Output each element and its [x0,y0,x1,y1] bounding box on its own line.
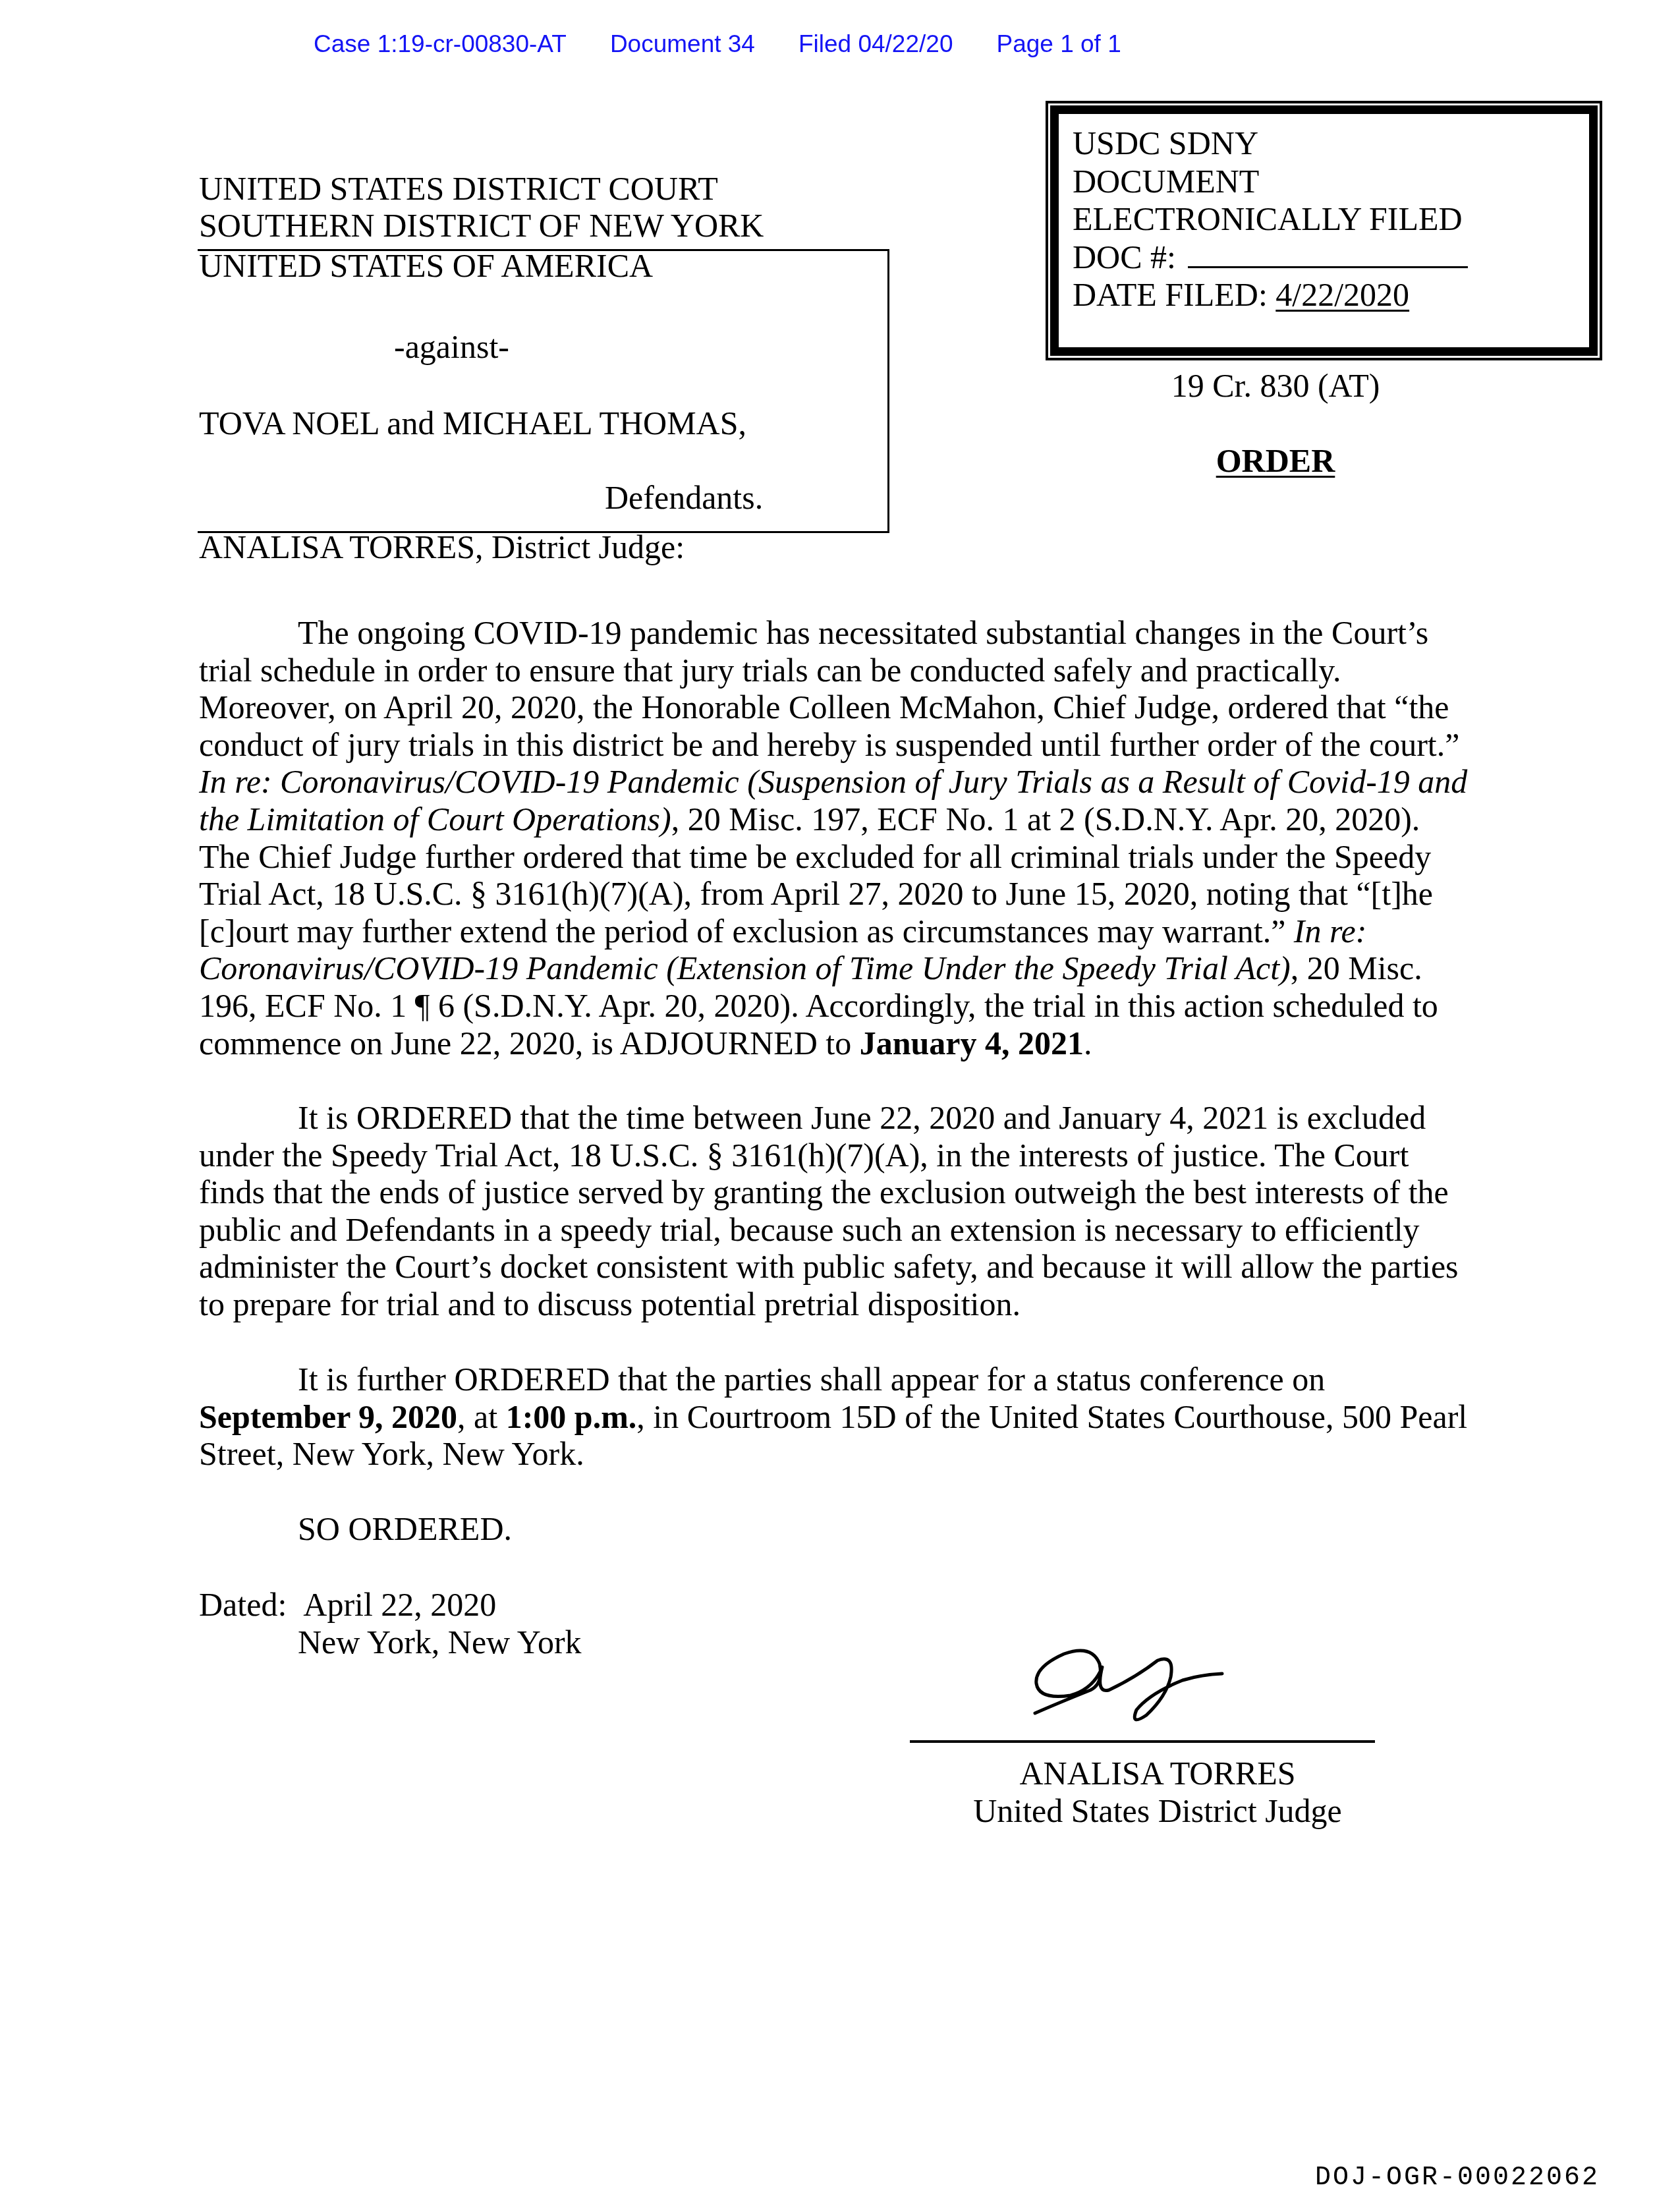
electronic-filing-stamp: USDC SDNY DOCUMENT ELECTRONICALLY FILED … [1046,101,1602,360]
signer-name: ANALISA TORRES [1019,1755,1295,1792]
so-ordered: SO ORDERED. [298,1510,512,1548]
text-line: Moreover, on April 20, 2020, the Honorab… [199,689,1477,726]
text-line: 196, ECF No. 1 ¶ 6 (S.D.N.Y. Apr. 20, 20… [199,987,1477,1025]
text-line: It is ORDERED that the time between June… [199,1099,1477,1137]
signature-line [910,1740,1375,1743]
defendants-label: Defendants. [605,479,763,517]
text-line: to prepare for trial and to discuss pote… [199,1286,1477,1323]
text-line: September 9, 2020, at 1:00 p.m., in Cour… [199,1398,1477,1436]
text-line: The Chief Judge further ordered that tim… [199,838,1477,876]
page-count-header: Page 1 of 1 [996,30,1121,58]
stamp-date-filed: DATE FILED: 4/22/2020 [1073,276,1468,314]
paragraph-adjournment: The ongoing COVID-19 pandemic has necess… [199,614,1477,1062]
text-line: Trial Act, 18 U.S.C. § 3161(h)(7)(A), fr… [199,875,1477,913]
paragraph-speedy-trial-exclusion: It is ORDERED that the time between June… [199,1099,1477,1323]
defendants-names: TOVA NOEL and MICHAEL THOMAS, [199,405,746,442]
text-line: public and Defendants in a speedy trial,… [199,1211,1477,1249]
text-line: finds that the ends of justice served by… [199,1174,1477,1211]
text-line: trial schedule in order to ensure that j… [199,652,1477,689]
dated-label: Dated: [199,1586,287,1623]
versus-label: -against- [394,328,509,366]
date-filed-value: 4/22/2020 [1275,276,1409,313]
text-line: It is further ORDERED that the parties s… [199,1361,1477,1398]
text-line: Coronavirus/COVID-19 Pandemic (Extension… [199,950,1477,987]
court-name-line1: UNITED STATES DISTRICT COURT [199,170,718,208]
court-name-line2: SOUTHERN DISTRICT OF NEW YORK [199,207,764,244]
dated-place: New York, New York [298,1624,582,1661]
document-title: ORDER [1216,442,1335,480]
text-line: conduct of jury trials in this district … [199,726,1477,764]
stamp-doc-number: DOC #: [1073,239,1468,277]
document-title-text: ORDER [1216,442,1335,479]
text-line: the Limitation of Court Operations), 20 … [199,801,1477,838]
text-line: [c]ourt may further extend the period of… [199,913,1477,950]
text-line: Street, New York, New York. [199,1435,1477,1473]
filed-date-header: Filed 04/22/20 [798,30,953,58]
signer-title: United States District Judge [973,1792,1342,1830]
caption-box [198,249,889,533]
stamp-line-document: DOCUMENT [1073,163,1468,201]
dated-line: Dated: April 22, 2020 [199,1586,496,1624]
text-line: administer the Court’s docket consistent… [199,1248,1477,1286]
text-line: commence on June 22, 2020, is ADJOURNED … [199,1025,1477,1062]
date-filed-label: DATE FILED: [1073,276,1268,313]
text-line: The ongoing COVID-19 pandemic has necess… [199,614,1477,652]
text-line: under the Speedy Trial Act, 18 U.S.C. § … [199,1137,1477,1174]
stamp-line-filed: ELECTRONICALLY FILED [1073,200,1468,239]
text-line: In re: Coronavirus/COVID-19 Pandemic (Su… [199,763,1477,801]
judge-signature-icon [1031,1644,1229,1730]
case-number: 19 Cr. 830 (AT) [1171,367,1380,405]
case-number-header: Case 1:19-cr-00830-AT [314,30,567,58]
bates-number: DOJ-OGR-00022062 [1315,2163,1600,2193]
doc-number-blank [1188,239,1468,268]
paragraph-status-conference: It is further ORDERED that the parties s… [199,1361,1477,1473]
ecf-header-stamp: Case 1:19-cr-00830-ATDocument 34Filed 04… [314,30,1121,58]
document-number-header: Document 34 [610,30,755,58]
judge-intro: ANALISA TORRES, District Judge: [199,528,685,566]
doc-number-label: DOC #: [1073,239,1176,275]
stamp-line-court: USDC SDNY [1073,125,1468,163]
plaintiff-name: UNITED STATES OF AMERICA [199,247,653,285]
dated-date: April 22, 2020 [303,1586,496,1623]
